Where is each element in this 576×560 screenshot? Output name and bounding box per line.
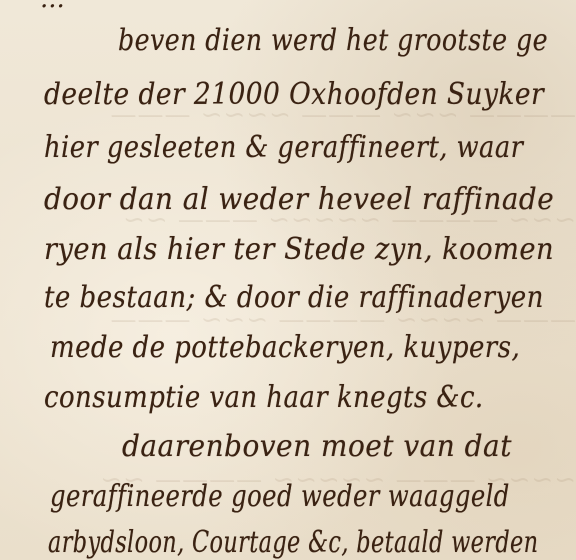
- manuscript-line-8: consumptie van haar knegts &c.: [44, 383, 484, 413]
- top-fragment-text: ...: [40, 0, 65, 14]
- manuscript-line-3: hier gesleeten & geraffineert, waar: [44, 133, 523, 163]
- manuscript-line-5: ryen als hier ter Stede zyn, koomen: [44, 235, 554, 265]
- manuscript-line-11: arbydsloon, Courtage &c, betaald werden: [48, 528, 538, 558]
- manuscript-line-7: mede de pottebackeryen, kuypers,: [50, 333, 520, 363]
- manuscript-line-1: beven dien werd het grootste ge: [118, 26, 548, 56]
- manuscript-line-4: door dan al weder heveel raffinade: [44, 185, 554, 215]
- manuscript-line-9: daarenboven moet van dat: [122, 432, 512, 462]
- manuscript-line-6: te bestaan; & door die raffinaderyen: [44, 283, 544, 313]
- manuscript-line-10: geraffineerde goed weder waaggeld: [50, 482, 510, 512]
- manuscript-line-2: deelte der 21000 Oxhoofden Suyker: [44, 80, 544, 110]
